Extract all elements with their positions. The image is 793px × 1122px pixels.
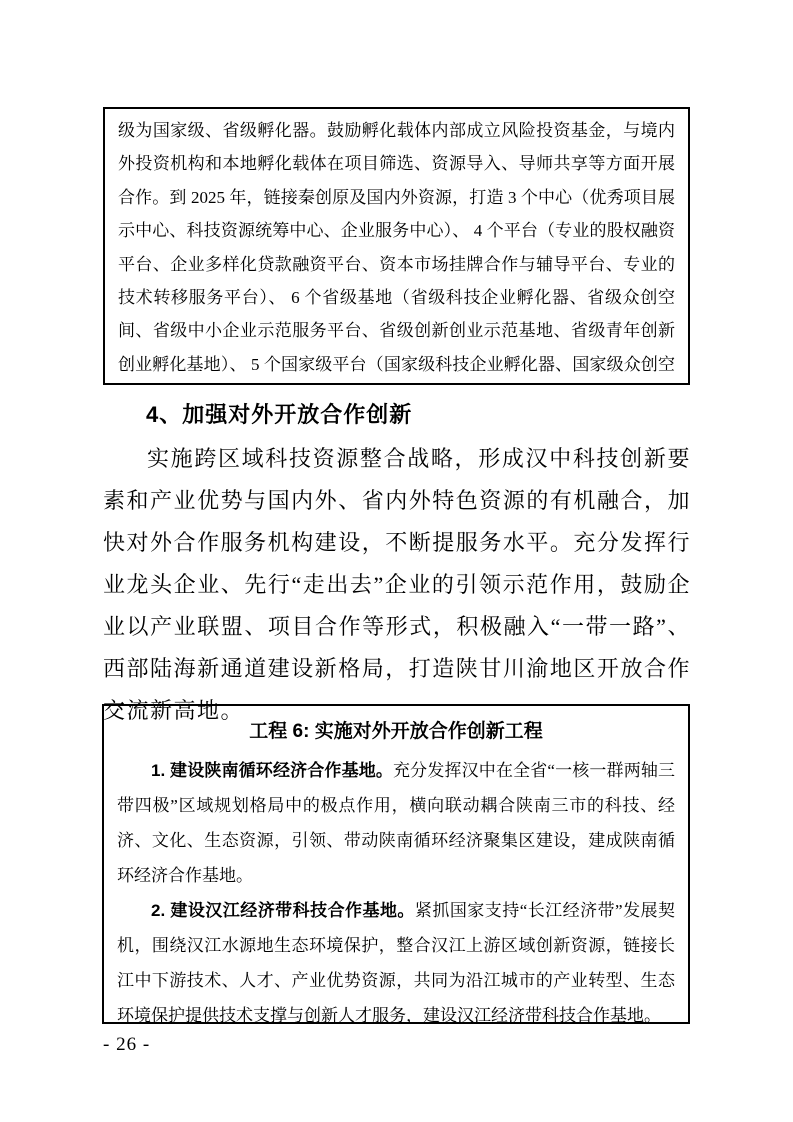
- project6-item-1: 1. 建设陕南循环经济合作基地。充分发挥汉中在全省“一核一群两轴三带四极”区域规…: [117, 753, 675, 893]
- project6-title: 工程 6: 实施对外开放合作创新工程: [117, 713, 675, 751]
- project6-box: 工程 6: 实施对外开放合作创新工程 1. 建设陕南循环经济合作基地。充分发挥汉…: [102, 704, 690, 1024]
- section-paragraph: 实施跨区域科技资源整合战略，形成汉中科技创新要素和产业优势与国内外、省内外特色资…: [103, 438, 691, 732]
- incubator-continuation-text: 级为国家级、省级孵化器。鼓励孵化载体内部成立风险投资基金，与境内外投资机构和本地…: [118, 121, 675, 385]
- project6-item-2: 2. 建设汉江经济带科技合作基地。紧抓国家支持“长江经济带”发展契机，围绕汉江水…: [117, 893, 675, 1024]
- document-page: 级为国家级、省级孵化器。鼓励孵化载体内部成立风险投资基金，与境内外投资机构和本地…: [0, 0, 793, 1122]
- page-number: - 26 -: [103, 1034, 150, 1056]
- section-heading: 4、加强对外开放合作创新: [146, 398, 412, 429]
- project6-item-1-lead: 1. 建设陕南循环经济合作基地。: [151, 761, 393, 780]
- project6-item-2-lead: 2. 建设汉江经济带科技合作基地。: [151, 901, 415, 920]
- incubator-continuation-box: 级为国家级、省级孵化器。鼓励孵化载体内部成立风险投资基金，与境内外投资机构和本地…: [103, 107, 690, 385]
